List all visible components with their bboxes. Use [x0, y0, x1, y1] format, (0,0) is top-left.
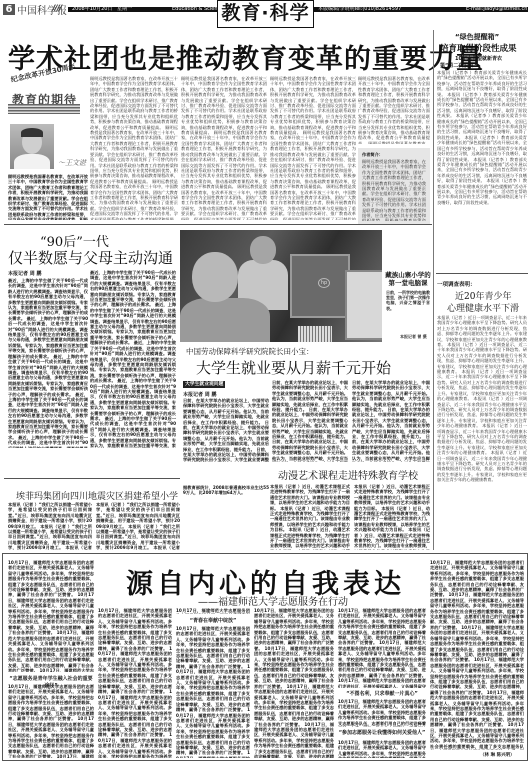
photo-child-1-face — [192, 252, 238, 302]
author-bio-label: 作者简介： — [362, 152, 426, 158]
feature-column-1: 10月17日，福建师范大学志愿服务团的志愿者们走进社区，开展关爱孤寡老人、义务辅… — [8, 560, 94, 672]
series-logo: 纪念改革开放30周年 教育的期待 — [8, 75, 80, 119]
hope-divider — [4, 478, 180, 479]
youth-headline-2: 心理健康水平下滑 — [447, 301, 519, 314]
employment-column-1: 日前，在某大学举办的就业论坛上，中国劳动保障科学研究院院长田小宝表示，大学生就业… — [183, 398, 269, 462]
green-box-body: 本报讯（记者李 ）教育部关爱青少年健康成长的“绿色提醒箱”活动开展以来，全国已有… — [437, 70, 527, 270]
masthead-date: 2008年10月20日 — [72, 4, 112, 15]
portrait-hair — [21, 128, 43, 137]
employment-kicker: 中国劳动保障科学研究院院长田小宝： — [186, 346, 314, 357]
decorative-slashes: //// — [52, 4, 61, 14]
feature-column-4: 10月17日，福建师范大学志愿服务团的志愿者们走进社区，开展关爱孤寡老人、义务辅… — [254, 608, 334, 758]
photo-monitor — [345, 270, 382, 340]
lead-column-1: 顾明远教授是我国著名教育家，在改革开放三十年中，中国教育学会作为全国性教育学术团… — [90, 76, 178, 220]
animation-headline: 动漫艺术课程走进特殊教育学校 — [278, 467, 418, 482]
lead-column-3: 顾明远教授是我国著名教育家，在改革开放三十年中，中国教育学会作为全国性教育学术团… — [270, 76, 356, 220]
author-portrait — [10, 124, 54, 169]
feature-column-5a: 10月17日，福建师范大学志愿服务团的志愿者们走进社区，开展关爱孤寡老人、义务辅… — [338, 608, 426, 688]
feature-column-2: 10月17日，福建师范大学志愿服务团的志愿者们走进社区，开展关爱孤寡老人、义务辅… — [98, 608, 172, 758]
author-bio-text: 顾明远教授是我国著名教育家，在改革开放三十年中，中国教育学会作为全国性教育学术团… — [362, 159, 426, 221]
photo-hp-logo: hp — [318, 278, 330, 288]
feature-credit: （林 琳 陈兴明） — [480, 752, 515, 758]
news-photo: hp — [180, 230, 382, 342]
column-divider — [433, 30, 434, 550]
portrait-body — [14, 154, 50, 169]
feature-column-3: 10月17日，福建师范大学志愿服务团的志愿者们走进社区，开展关爱孤寡老人、义务辅… — [176, 626, 250, 758]
feature-subhead-1: “青春在奉献中绽放” — [176, 617, 250, 624]
photo-credit: 本报记者 曾 摄 — [400, 334, 427, 340]
lead-intro-text: 顾明远教授是我国著名教育家，在改革开放三十年中，中国教育学会作为全国性教育学术团… — [8, 174, 88, 220]
photo-caption-text: 日前，一所学校的电脑教室里，孩子们第一次操作电脑，兴奋之情溢于言表。 — [386, 290, 430, 311]
photo-child-2-face — [250, 236, 276, 264]
hope-school-headline: 埃菲玛集团向四川地震灾区捐建希望小学 — [16, 489, 178, 502]
right-divider-1 — [436, 273, 528, 274]
masthead-weekday: 星期一 — [117, 4, 132, 15]
lead-column-2: 顾明远教授是我国著名教育家，在改革开放三十年中，中国教育学会作为全国性教育学术团… — [181, 76, 267, 220]
page-number: 6 — [3, 4, 15, 15]
lead-headline: 学术社团也是推动教育变革的重要力量 — [8, 37, 484, 76]
hope-school-column-2: 本报讯（记者 ）“我们之所以捐建一所希望小学，是希望让受灾的孩子们早日回到课堂。… — [96, 502, 180, 550]
masthead: 6 中国科学报 //// 2008年10月20日 星期一 Education &… — [0, 0, 530, 30]
gen90-headline-2: 仅半数愿与父母主动沟通 — [8, 247, 173, 268]
green-box-kicker: “绿色提醒箱” — [455, 32, 499, 42]
author-signature: ～王文湛 — [58, 158, 86, 168]
masthead-email: E-mail:jiaoyu@stimes.cn — [466, 4, 527, 15]
green-box-headline: 培育取得阶段性成果 — [440, 42, 517, 54]
masthead-section-en: Education & Science — [172, 4, 223, 15]
employment-column-4: 据教育部统计，2008年普通高校毕业生达559万人，比2007年增加64万人。 — [183, 485, 269, 547]
gen90-column-1: 最近，上海的中学生做了关于90后一代成长的调查，这是中学生首次针对“90后”同龄… — [8, 278, 88, 448]
feature-column-1b: 10月17日，福建师范大学志愿服务团的志愿者们走进社区，开展关爱孤寡老人、义务辅… — [8, 684, 94, 758]
animation-column-2: 本报讯（记者 ）近日，动漫艺术课程正式走进特殊教育学校，为残障学生打开了一扇通往… — [354, 484, 430, 550]
photo-caption-title: 藏族山寨小学的第一堂电脑课 — [385, 271, 431, 287]
employment-column-2: 日前，在某大学举办的就业论坛上，中国劳动保障科学研究院院长田小宝表示，大学生就业… — [272, 380, 348, 462]
section-title: 教育·科学 — [217, 0, 314, 28]
employment-byline: 本报记者 周 鹏 — [183, 391, 216, 398]
lead-column-4: 顾明远教授是我国著名教育家，在改革开放三十年中，中国教育学会作为全国性教育学术团… — [358, 76, 430, 144]
author-bio-box: 作者简介： 顾明远教授是我国著名教育家，在改革开放三十年中，中国教育学会作为全国… — [358, 148, 430, 224]
feature-subhead-3: “不图名利，只求奉献一片真心” — [338, 690, 426, 697]
green-box-subhead2: 第“第二次浪余” — [440, 62, 477, 69]
feature-column-5b: 10月17日，福建师范大学志愿服务团的志愿者们走进社区，开展关爱孤寡老人、义务辅… — [338, 699, 426, 727]
employment-tag: 大学生就业观问题 — [183, 381, 225, 388]
employment-column-3: 日前，在某大学举办的就业论坛上，中国劳动保障科学研究院院长田小宝表示，大学生就业… — [352, 380, 430, 462]
masthead-tel: Tel:(010)82614597 — [354, 4, 401, 15]
feature-subheadline: ——福建师范大学志愿服务在行动 — [198, 593, 348, 608]
feature-column-3a: 10月17日，福建师范大学志愿服务团的志愿者们走进社区，开展关爱孤寡老人、义务辅… — [176, 608, 250, 614]
animation-column-1: 本报讯（记者 ）近日，动漫艺术课程正式走进特殊教育学校，为残障学生打开了一扇通往… — [270, 484, 350, 550]
gen90-column-2: 最近，上海的中学生做了关于90后一代成长的调查，这是中学生首次针对“90后”同龄… — [90, 270, 176, 448]
green-box-subhead: 10年内将望就新青农 — [455, 55, 502, 62]
youth-body: 本报讯（记者 ）近日一项调查显示，近二十年来我国青少年心理健康水平呈下降趋势。研… — [437, 315, 527, 549]
employment-headline: 大学生就业要从月薪千元开始 — [196, 357, 391, 378]
photo-keyboard — [298, 326, 332, 342]
youth-kicker: 一项调查表明： — [437, 280, 476, 288]
hope-school-column-1: 本报讯（记者 ）“我们之所以捐建一所希望小学，是希望让受灾的孩子们早日回到课堂。… — [8, 502, 92, 550]
feature-subhead-4: “参加志愿服务让我懂得如何关爱他人” — [338, 729, 426, 736]
feature-column-5c: 10月17日，福建师范大学志愿服务团的志愿者们走进社区，开展关爱孤寡老人、义务辅… — [338, 740, 426, 758]
gen90-byline: 本报记者 周 鹏 — [8, 270, 41, 277]
section-divider — [4, 224, 432, 225]
photo-child-1-body — [180, 298, 270, 342]
feature-column-6: 10月17日，福建师范大学志愿服务团的志愿者们走进社区，开展关爱孤寡老人、义务辅… — [430, 560, 524, 750]
series-logo-stripes — [8, 104, 80, 114]
masthead-editor: 本版编辑/李晓明 — [318, 4, 355, 15]
